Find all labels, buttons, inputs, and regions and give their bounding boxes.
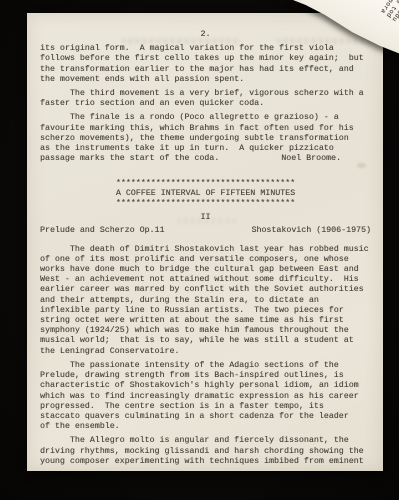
programme-item-numeral: II bbox=[40, 213, 371, 223]
asterisk-rule-bottom: ************************************ bbox=[40, 199, 371, 209]
folded-page-corner: e. oj. enorm rodu medium tod contempora bbox=[293, 0, 399, 62]
work-title: Prelude and Scherzo Op.11 bbox=[40, 226, 164, 236]
folded-corner-paper: e. oj. enorm rodu medium tod contempora bbox=[293, 0, 399, 62]
paragraph-shostakovich-death: The death of Dimitri Shostakovich last y… bbox=[40, 245, 371, 357]
paragraph-prelude-description: The passionate intensity of the Adagio s… bbox=[40, 361, 371, 432]
interval-notice: ************************************ A C… bbox=[40, 179, 371, 210]
folded-corner-reversed-text: e. oj. enorm rodu medium tod contempora bbox=[340, 0, 399, 62]
paragraph-third-movement: The third movement is a very brief, vigo… bbox=[40, 89, 371, 109]
composer-name: Shostakovich (1906-1975) bbox=[252, 226, 372, 236]
programme-work-line: Prelude and Scherzo Op.11 Shostakovich (… bbox=[40, 226, 371, 236]
interval-title: A COFFEE INTERVAL OF FIFTEEN MINUTES bbox=[40, 189, 371, 199]
paragraph-allegro-molto: The Allegro molto is angular and fiercel… bbox=[40, 436, 371, 467]
asterisk-rule-top: ************************************ bbox=[40, 179, 371, 189]
document-page: 2. its original form. A magical variatio… bbox=[27, 13, 383, 471]
